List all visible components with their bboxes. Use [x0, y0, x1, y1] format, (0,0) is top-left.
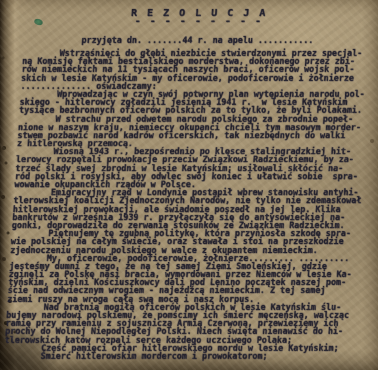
resolution-text: Wstrząśnięci do głębi niezbicie stwierdz…	[3, 49, 371, 360]
paper: R E Z O L U C J A - - - - - - - - - przy…	[0, 0, 378, 370]
date-line: przyjęta dn. .......44 r. na apelu .....…	[81, 36, 372, 45]
typewritten-sheet: R E Z O L U C J A - - - - - - - - - przy…	[0, 0, 378, 370]
text-line: Śmierć hitlerowskim mordercom i prowokat…	[3, 352, 352, 360]
title-underline: - - - - - - - - -	[24, 19, 372, 25]
